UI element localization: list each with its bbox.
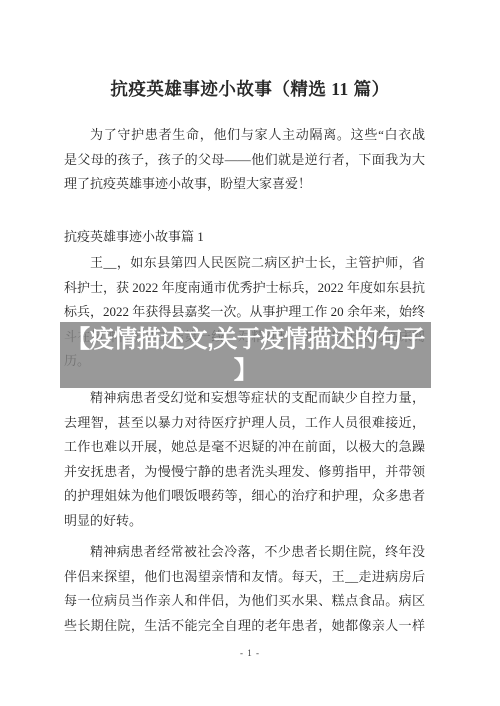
- text-line: 精神病患者受幻觉和妄想等症状的支配而缺少自控力量，经常失: [64, 386, 425, 411]
- text-line: 精神病患者经常被社会冷落，不少患者长期住院，终年没有亲人: [64, 540, 425, 565]
- paragraph-2: 精神病患者受幻觉和妄想等症状的支配而缺少自控力量，经常失 去理智，甚至以暴力对待…: [64, 386, 425, 533]
- paragraph-3: 精神病患者经常被社会冷落，不少患者长期住院，终年没有亲人 伴侣来探望，他们也渴望…: [64, 540, 425, 638]
- text-line: 王__，如东县第四人民医院二病区护士长，主管护师，省精神专: [64, 251, 425, 276]
- document-title: 抗疫英雄事迹小故事（精选 11 篇）: [0, 76, 500, 101]
- section-heading: 抗疫英雄事迹小故事篇 1: [64, 225, 425, 250]
- document-page: 抗疫英雄事迹小故事（精选 11 篇） 为了守护患者生命，他们与家人主动隔离。这些…: [0, 0, 500, 706]
- text-line: 理了抗疫英雄事迹小故事，盼望大家喜爱！: [64, 172, 425, 197]
- text-line: 标兵，2022 年获得县嘉奖一次。从事护理工作 20 余年来，始终战: [64, 300, 425, 325]
- watermark-text-line-2: 】: [234, 355, 258, 386]
- watermark-text-line-1: 【疫情描述文,关于疫情描述的句子: [66, 324, 425, 355]
- text-line: 科护士，获 2022 年度南通市优秀护士标兵，2022 年度如东县抗疫: [64, 276, 425, 301]
- text-line: 工作也难以开展，她总是毫不迟疑的冲在前面，以极大的急躁爱护: [64, 435, 425, 460]
- page-number: - 1 -: [0, 648, 500, 658]
- watermark-overlay: 【疫情描述文,关于疫情描述的句子 】: [60, 322, 431, 388]
- section-heading-block: 抗疫英雄事迹小故事篇 1: [64, 225, 425, 250]
- text-line: 是父母的孩子，孩子的父母——他们就是逆行者，下面我为大家整: [64, 148, 425, 173]
- text-line: 伴侣来探望，他们也渴望亲情和友情。每天，王__走进病房后都把: [64, 565, 425, 590]
- intro-paragraph: 为了守护患者生命，他们与家人主动隔离。这些“白衣战士”，也 是父母的孩子，孩子的…: [64, 123, 425, 197]
- text-line: 为了守护患者生命，他们与家人主动隔离。这些“白衣战士”，也: [64, 123, 425, 148]
- text-line: 去理智，甚至以暴力对待医疗护理人员，工作人员很难接近，治疗: [64, 411, 425, 436]
- text-line: 些长期住院，生活不能完全自理的老年患者，她都像亲人一样无微: [64, 614, 425, 639]
- text-line: 每一位病员当作亲人和伴侣，为他们买水果、糕点食品。病区里一: [64, 589, 425, 614]
- text-line: 明显的好转。: [64, 509, 425, 534]
- text-line: 的护理姐妹为他们喂饭喂药等，细心的治疗和护理，众多患者病情: [64, 484, 425, 509]
- text-line: 并安抚患者，为慢慢宁静的患者洗头理发、修剪指甲，并带领其他: [64, 460, 425, 485]
